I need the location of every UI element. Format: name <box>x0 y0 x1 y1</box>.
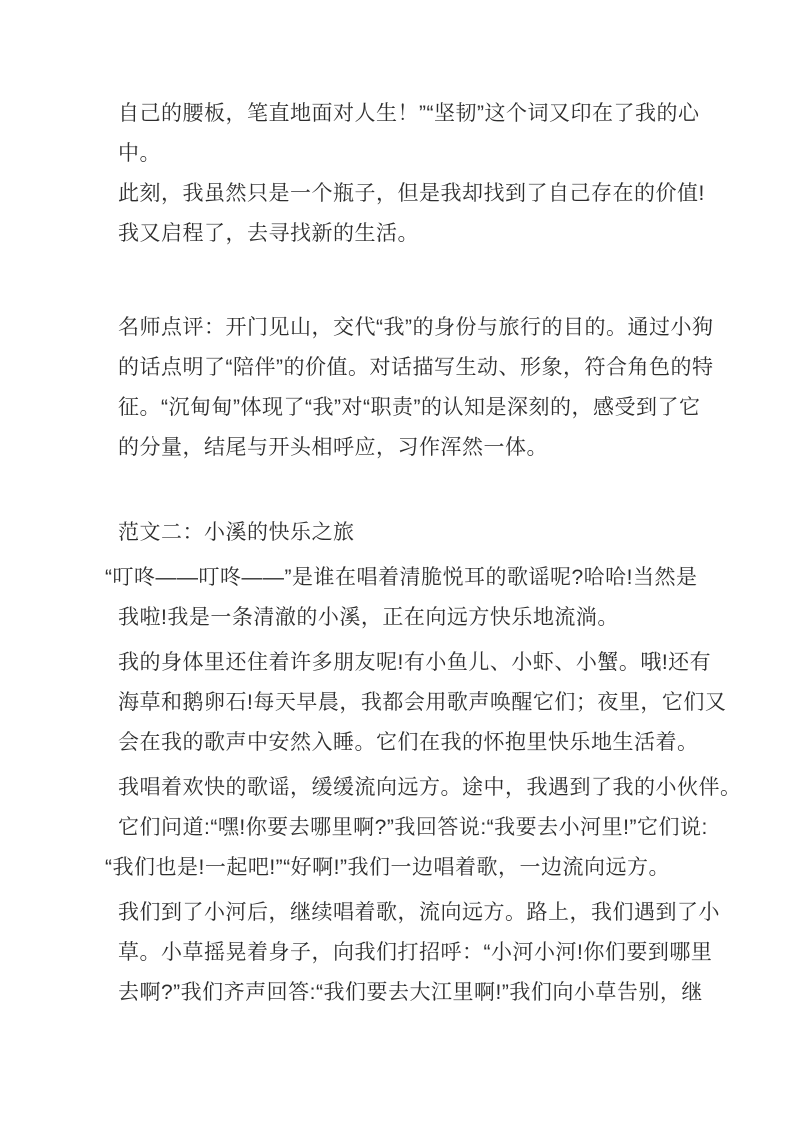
document-page: 自己的腰板，笔直地面对人生！”“坚韧”这个词又印在了我的心中。此刻，我虽然只是一… <box>0 0 793 1121</box>
text-line: 范文二：小溪的快乐之旅 <box>118 513 680 553</box>
text-line: 的分量，结尾与开头相呼应，习作浑然一体。 <box>118 428 680 468</box>
text-line: 征。“沉甸甸”体现了“我”对“职责”的认知是深刻的，感受到了它 <box>118 388 680 428</box>
text-line: 我啦!我是一条清澈的小溪，正在向远方快乐地流淌。 <box>118 598 680 638</box>
text-line: 中。 <box>118 134 680 174</box>
text-line: 草。小草摇晃着身子，向我们打招呼：“小河小河!你们要到哪里 <box>118 933 680 973</box>
text-line: 名师点评：开门见山，交代“我”的身份与旅行的目的。通过小狗 <box>118 308 680 348</box>
paragraph-essay-two-heading: 范文二：小溪的快乐之旅 <box>118 513 680 553</box>
text-line: “叮咚——叮咚——”是谁在唱着清脆悦耳的歌谣呢?哈哈!当然是 <box>118 558 680 598</box>
paragraph-essay-two-opening: “叮咚——叮咚——”是谁在唱着清脆悦耳的歌谣呢?哈哈!当然是我啦!我是一条清澈的… <box>118 558 680 638</box>
paragraph-teacher-comment: 名师点评：开门见山，交代“我”的身份与旅行的目的。通过小狗的话点明了“陪伴”的价… <box>118 308 680 468</box>
paragraph-essay-one-conclusion: 此刻，我虽然只是一个瓶子，但是我却找到了自己存在的价值!我又启程了，去寻找新的生… <box>118 174 680 254</box>
text-line: 会在我的歌声中安然入睡。它们在我的怀抱里快乐地生活着。 <box>118 723 680 763</box>
paragraph-essay-two-body-3: 我们到了小河后，继续唱着歌，流向远方。路上，我们遇到了小草。小草摇晃着身子，向我… <box>118 893 680 1013</box>
text-line: 此刻，我虽然只是一个瓶子，但是我却找到了自己存在的价值! <box>118 174 680 214</box>
text-line: 海草和鹅卵石!每天早晨，我都会用歌声唤醒它们；夜里，它们又 <box>118 683 680 723</box>
text-line: “我们也是!一起吧!”“好啊!”我们一边唱着歌，一边流向远方。 <box>118 848 680 888</box>
paragraph-essay-two-body-2: 我唱着欢快的歌谣，缓缓流向远方。途中，我遇到了我的小伙伴。它们问道:“嘿!你要去… <box>118 768 680 888</box>
text-line: 去啊?”我们齐声回答:“我们要去大江里啊!”我们向小草告别，继 <box>118 973 680 1013</box>
text-line: 它们问道:“嘿!你要去哪里啊?”我回答说:“我要去小河里!”它们说: <box>118 808 680 848</box>
text-line: 自己的腰板，笔直地面对人生！”“坚韧”这个词又印在了我的心 <box>118 94 680 134</box>
text-line: 的话点明了“陪伴”的价值。对话描写生动、形象，符合角色的特 <box>118 348 680 388</box>
text-line: 我唱着欢快的歌谣，缓缓流向远方。途中，我遇到了我的小伙伴。 <box>118 768 680 808</box>
text-line: 我又启程了，去寻找新的生活。 <box>118 214 680 254</box>
text-line: 我们到了小河后，继续唱着歌，流向远方。路上，我们遇到了小 <box>118 893 680 933</box>
text-line: 我的身体里还住着许多朋友呢!有小鱼儿、小虾、小蟹。哦!还有 <box>118 643 680 683</box>
paragraph-essay-one-ending: 自己的腰板，笔直地面对人生！”“坚韧”这个词又印在了我的心中。 <box>118 94 680 174</box>
paragraph-essay-two-body-1: 我的身体里还住着许多朋友呢!有小鱼儿、小虾、小蟹。哦!还有海草和鹅卵石!每天早晨… <box>118 643 680 763</box>
document-body: 自己的腰板，笔直地面对人生！”“坚韧”这个词又印在了我的心中。此刻，我虽然只是一… <box>118 94 680 1013</box>
